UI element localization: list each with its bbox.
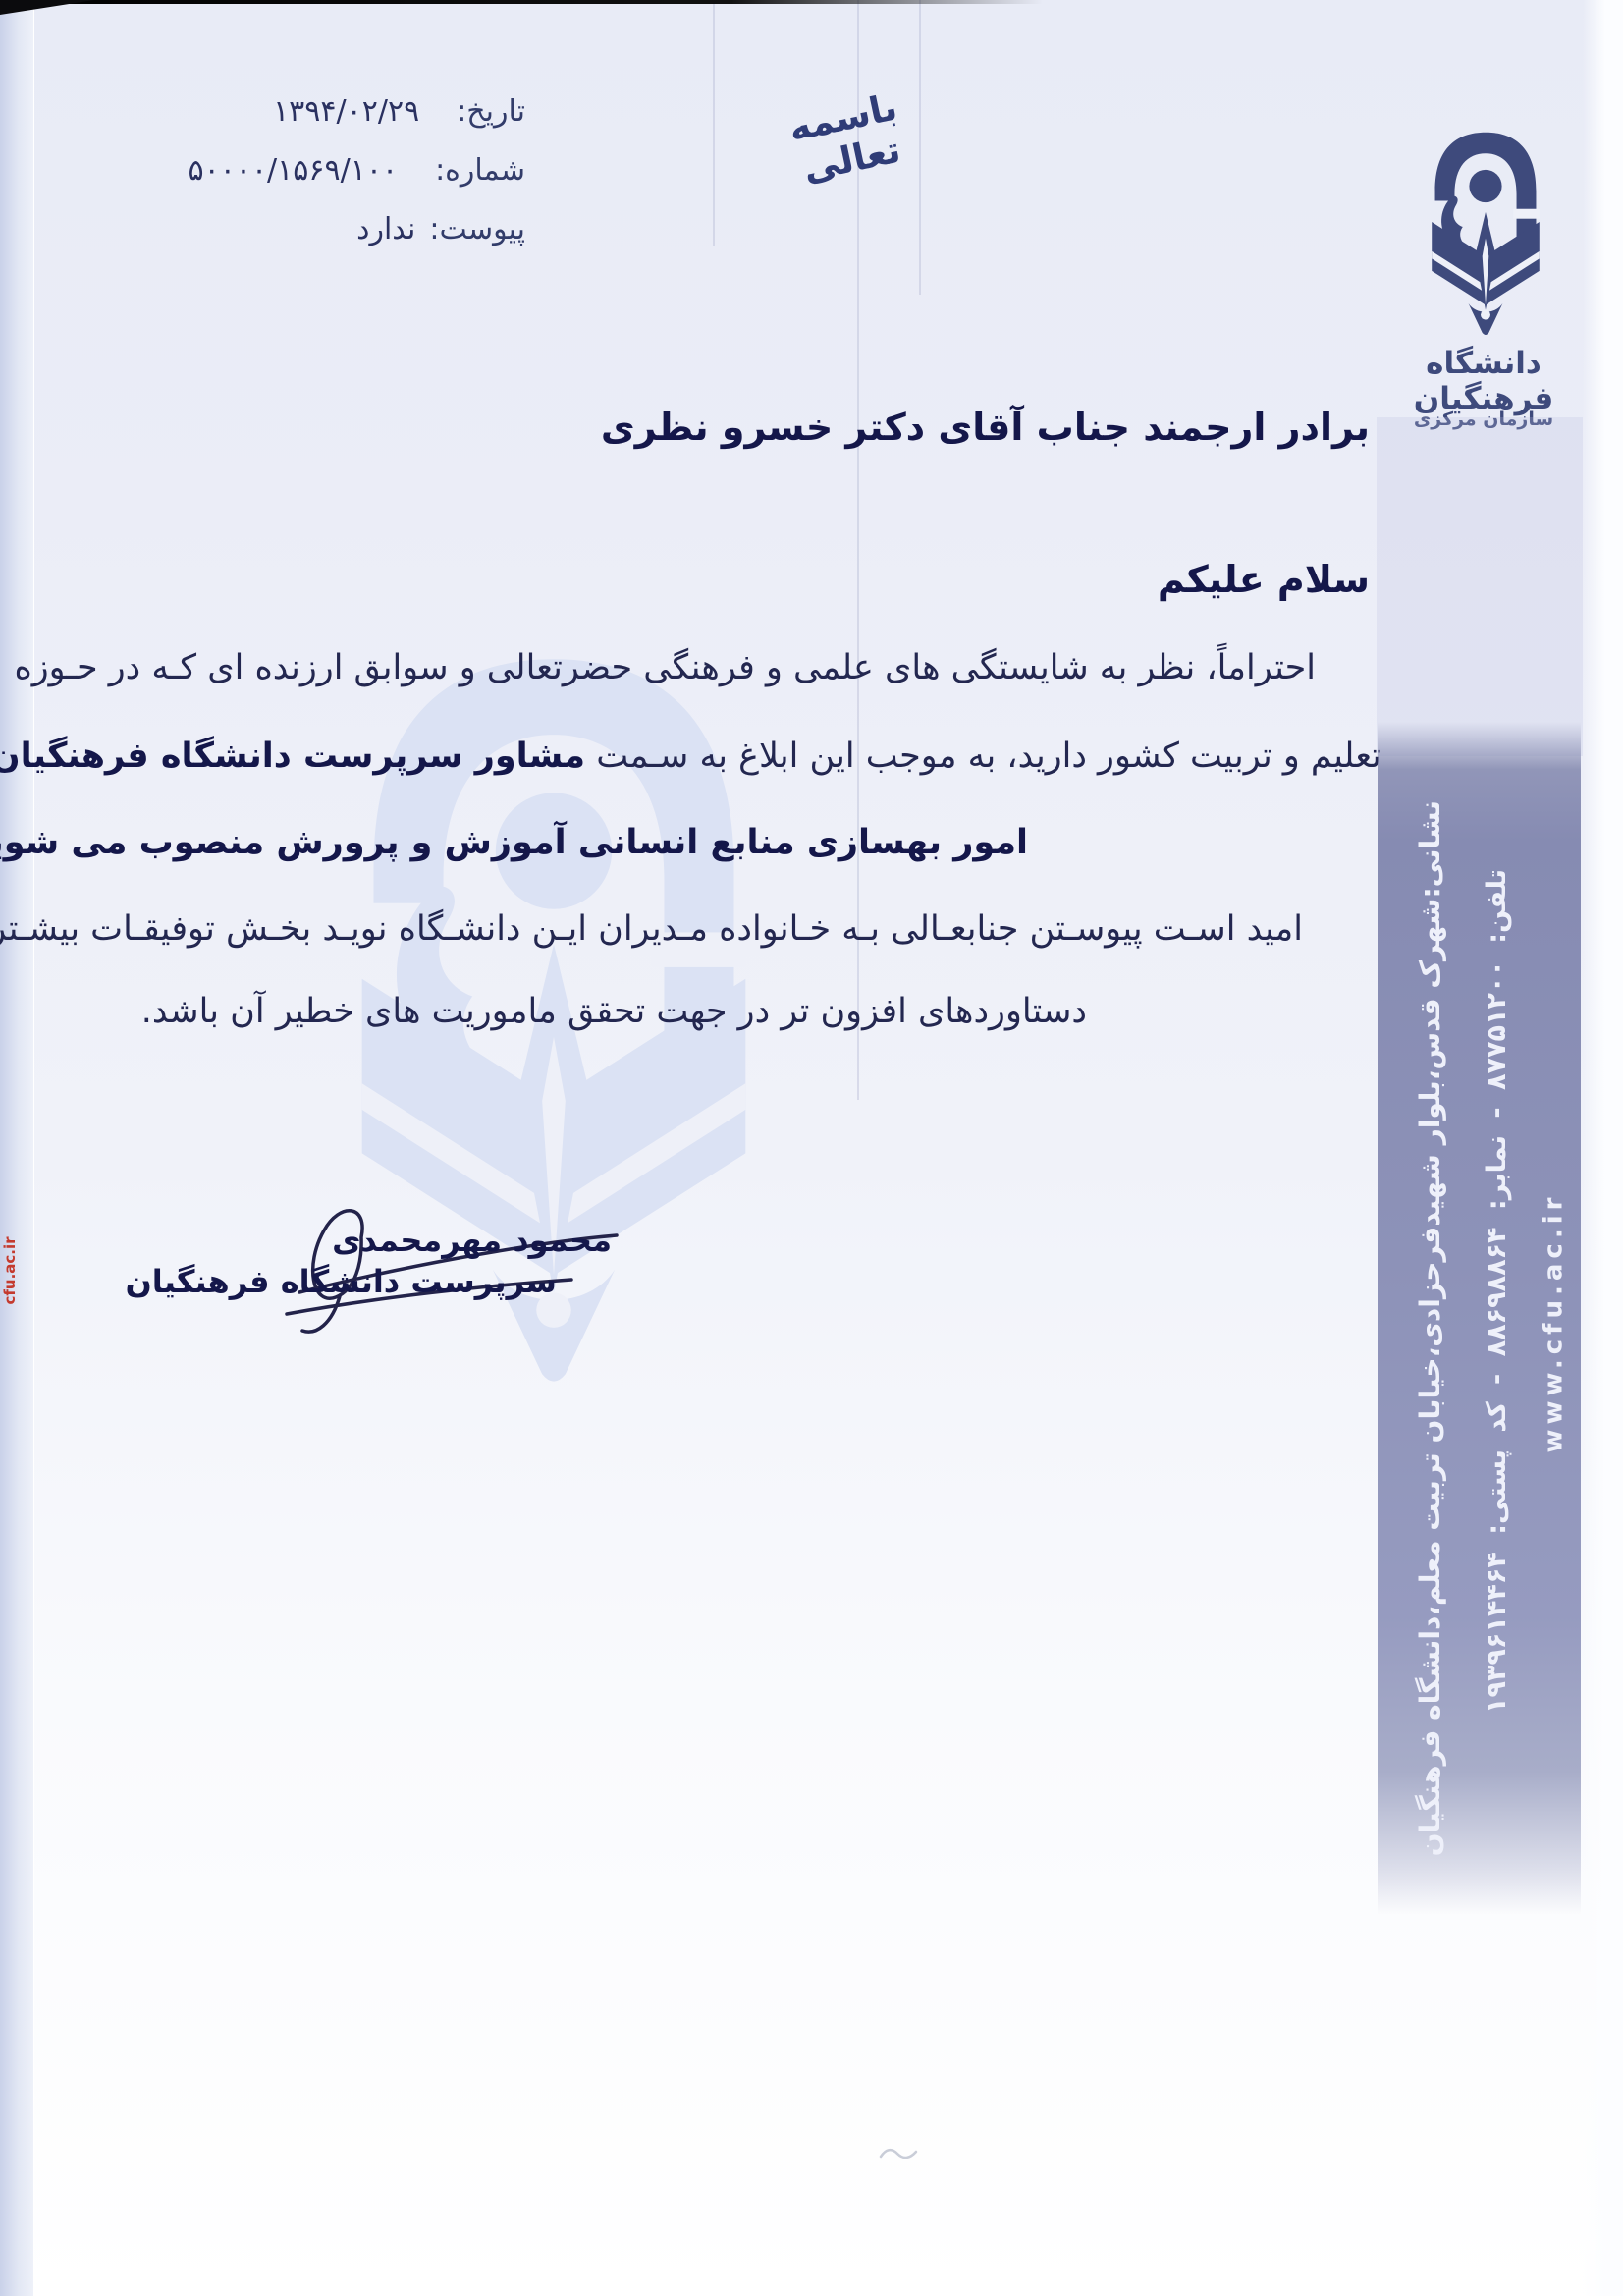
scan-left-edge xyxy=(0,0,34,2296)
body-line-5: دستاوردهای افزون تر در جهت تحقق ماموریت … xyxy=(347,982,1087,1041)
header-attachment-row: پیوست: ندارد xyxy=(356,212,525,246)
body-line-2: تعلیم و تربیت کشور دارید، به موجب این اب… xyxy=(206,727,1381,786)
university-name: دانشگاه فرهنگیان xyxy=(1380,346,1587,416)
scan-corner-artifact xyxy=(0,0,94,15)
attachment-value: ندارد xyxy=(356,212,415,246)
scan-smudge xyxy=(879,2143,918,2162)
body-line-2-normal: تعلیم و تربیت کشور دارید، به موجب این اب… xyxy=(596,737,1381,776)
attachment-label: پیوست: xyxy=(429,212,525,246)
header-number-row: شماره: ۵۰۰۰۰/۱۵۶۹/۱۰۰ xyxy=(188,153,525,188)
sidebar-website: www.cfu.ac.ir xyxy=(1533,1203,1576,1453)
sidebar-phone-fax-postal: تلفن: ۸۷۷۵۱۲۰۰ - نمابر: ۸۸۶۹۸۸۶۴ - کد پس… xyxy=(1474,869,1521,1714)
salutation-line: سلام علیکم xyxy=(1158,558,1370,601)
number-label: شماره: xyxy=(435,153,525,188)
signer-title: سرپرست دانشگاه فرهنگیان xyxy=(125,1263,557,1300)
body-line-4: امید اسـت پیوسـتن جنابعـالی بـه خـانواده… xyxy=(208,900,1303,958)
signer-name: محمود مهرمحمدی xyxy=(332,1222,612,1259)
university-logo-icon xyxy=(1404,116,1567,338)
date-value: ۱۳۹۴/۰۲/۲۹ xyxy=(273,94,419,129)
sidebar-tint xyxy=(1377,417,1583,756)
body-line-3: امور بهسازی منابع انسانی آموزش و پرورش م… xyxy=(211,813,1028,872)
body-line-1: احتراماً، نظر به شایستگی های علمی و فرهن… xyxy=(218,638,1316,697)
recipient-line: برادر ارجمند جناب آقای دکتر خسرو نظری xyxy=(601,406,1370,449)
scanned-letter-page: تاریخ: ۱۳۹۴/۰۲/۲۹ شماره: ۵۰۰۰۰/۱۵۶۹/۱۰۰ … xyxy=(0,0,1623,2296)
scan-fold-line xyxy=(713,0,715,246)
date-label: تاریخ: xyxy=(457,94,525,129)
body-line-2-bold: مشاور سرپرست دانشگاه فرهنگیان در xyxy=(0,737,585,776)
sidebar-address: نشانی:شهرک قدس،بلوار شهیدفرحزادی،خیابان … xyxy=(1407,800,1454,1822)
header-date-row: تاریخ: ۱۳۹۴/۰۲/۲۹ xyxy=(273,94,525,129)
scan-top-edge-line xyxy=(0,0,1043,4)
edge-site-watermark: cfu.ac.ir xyxy=(1,1231,19,1310)
number-value: ۵۰۰۰۰/۱۵۶۹/۱۰۰ xyxy=(188,153,398,188)
scan-right-edge xyxy=(1583,0,1623,2296)
bismillah-calligraphy: باسمه تعالی xyxy=(737,76,956,201)
